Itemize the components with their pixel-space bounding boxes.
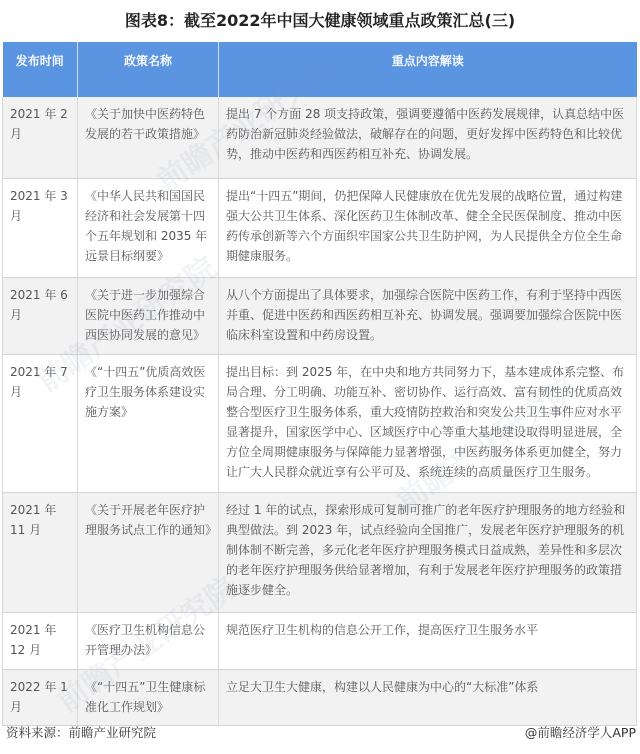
column-header-policy-name: 政策名称 <box>78 42 219 97</box>
cell-policy-name: 《关于进一步加强综合医院中医药工作推动中西医协同发展的意见》 <box>78 277 219 354</box>
chart-title: 图表8：截至2022年中国大健康领域重点政策汇总(三) <box>0 8 640 31</box>
cell-date: 2021 年 12 月 <box>3 612 78 669</box>
cell-date: 2021 年 2 月 <box>3 97 78 178</box>
credit-note: @前瞻经济学人APP <box>525 723 636 741</box>
table-row: 2022 年 1 月 《“十四五”卫生健康标准化工作规划》 立足大卫生大健康，构… <box>3 669 637 725</box>
column-header-date: 发布时间 <box>3 42 78 97</box>
cell-policy-name: 《关于加快中医药特色发展的若干政策措施》 <box>78 97 219 178</box>
table-row: 2021 年 12 月 《医疗卫生机构信息公开管理办法》 规范医疗卫生机构的信息… <box>3 612 637 669</box>
cell-content: 规范医疗卫生机构的信息公开工作，提高医疗卫生服务水平 <box>219 612 637 669</box>
cell-content: 提出“十四五”期间，仍把保障人民健康放在优先发展的战略位置，通过构建强大公共卫生… <box>219 178 637 277</box>
table-header-row: 发布时间 政策名称 重点内容解读 <box>3 42 637 97</box>
policy-table: 发布时间 政策名称 重点内容解读 2021 年 2 月 《关于加快中医药特色发展… <box>2 42 637 726</box>
source-note: 资料来源：前瞻产业研究院 <box>6 723 156 741</box>
cell-content: 从八个方面提出了具体要求，加强综合医院中医药工作，有利于坚持中西医并重、促进中医… <box>219 277 637 354</box>
cell-date: 2021 年 7 月 <box>3 354 78 492</box>
cell-content: 立足大卫生大健康，构建以人民健康为中心的“大标准”体系 <box>219 669 637 725</box>
table-row: 2021 年 2 月 《关于加快中医药特色发展的若干政策措施》 提出 7 个方面… <box>3 97 637 178</box>
cell-policy-name: 《医疗卫生机构信息公开管理办法》 <box>78 612 219 669</box>
cell-date: 2021 年 11 月 <box>3 492 78 612</box>
cell-date: 2022 年 1 月 <box>3 669 78 725</box>
cell-date: 2021 年 3 月 <box>3 178 78 277</box>
table-row: 2021 年 11 月 《关于开展老年医疗护理服务试点工作的通知》 经过 1 年… <box>3 492 637 612</box>
cell-policy-name: 《中华人民共和国国民经济和社会发展第十四个五年规划和 2035 年远景目标纲要》 <box>78 178 219 277</box>
cell-policy-name: 《“十四五”优质高效医疗卫生服务体系建设实施方案》 <box>78 354 219 492</box>
cell-content: 经过 1 年的试点，探索形成可复制可推广的老年医疗护理服务的地方经验和典型做法。… <box>219 492 637 612</box>
cell-date: 2021 年 6 月 <box>3 277 78 354</box>
table-row: 2021 年 3 月 《中华人民共和国国民经济和社会发展第十四个五年规划和 20… <box>3 178 637 277</box>
cell-policy-name: 《“十四五”卫生健康标准化工作规划》 <box>78 669 219 725</box>
cell-content: 提出目标：到 2025 年，在中央和地方共同努力下，基本建成体系完整、布局合理、… <box>219 354 637 492</box>
cell-policy-name: 《关于开展老年医疗护理服务试点工作的通知》 <box>78 492 219 612</box>
table-row: 2021 年 6 月 《关于进一步加强综合医院中医药工作推动中西医协同发展的意见… <box>3 277 637 354</box>
cell-content: 提出 7 个方面 28 项支持政策，强调要遵循中医药发展规律，认真总结中医药防治… <box>219 97 637 178</box>
table-row: 2021 年 7 月 《“十四五”优质高效医疗卫生服务体系建设实施方案》 提出目… <box>3 354 637 492</box>
column-header-key-content: 重点内容解读 <box>219 42 637 97</box>
